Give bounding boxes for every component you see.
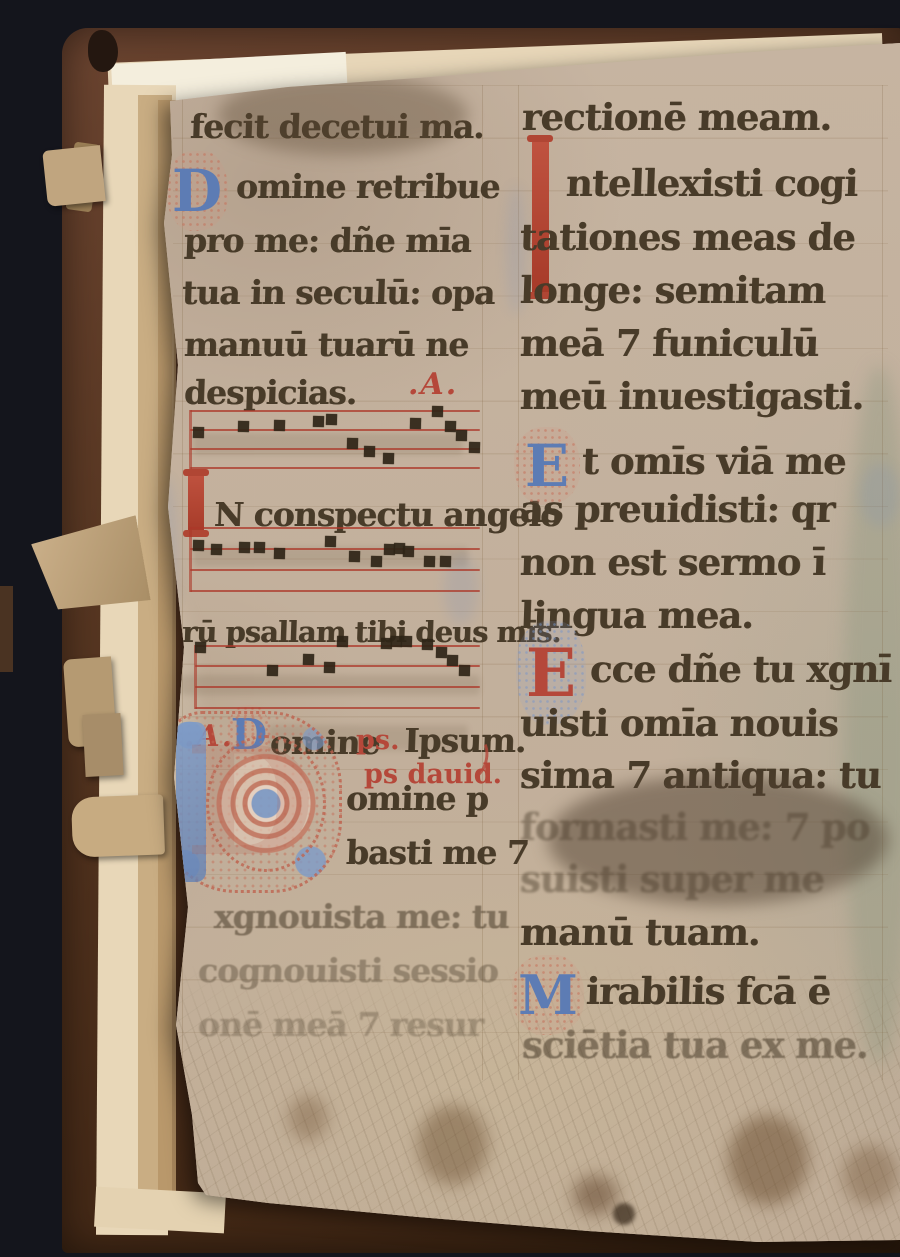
illuminated-initial-d: D	[166, 151, 228, 231]
text-line: onē meā 7 resur	[197, 1005, 483, 1044]
text-line: meā 7 funiculū	[519, 321, 819, 365]
text-line: basti me 7	[345, 833, 529, 872]
text-line: omine p	[345, 779, 488, 818]
illuminated-initial-i: I	[188, 471, 204, 535]
text-line: longe: semitam	[519, 268, 826, 312]
ghost-text	[193, 547, 468, 567]
text-line: irabilis fcā ē	[585, 969, 831, 1013]
antiphon-mark: .A.	[408, 367, 458, 402]
text-line: manuū tuarū ne	[183, 325, 469, 364]
text-line: as preuidisti: qr	[519, 487, 835, 531]
text-line: rū psallam tibi deus mīs.	[181, 615, 561, 649]
manuscript-page: fecit decetui ma. D omine retribue pro m…	[118, 35, 900, 1250]
text-line: xgnouista me: tu	[213, 897, 509, 936]
text-line: tua in seculū: opa	[181, 273, 495, 312]
text-line: ntellexisti cogi	[565, 161, 858, 205]
brown-spot	[418, 1105, 488, 1185]
dark-spot	[613, 1203, 635, 1225]
brown-spot	[288, 1095, 328, 1141]
illuminated-initial-big-d: D	[158, 711, 342, 893]
text-line: tationes meas de	[519, 215, 855, 259]
column-guide	[182, 85, 183, 1080]
ghost-text	[193, 433, 463, 455]
text-line: pro me: dñe mīa	[183, 221, 471, 260]
text-line: meū inuestigasti.	[519, 374, 864, 418]
text-line: t omīs viā me	[581, 439, 846, 483]
manuscript-photo: fecit decetui ma. D omine retribue pro m…	[0, 0, 900, 1257]
text-line: uisti omīa nouis	[519, 701, 838, 745]
blue-show-through	[152, 477, 178, 627]
text-line: omine retribue	[235, 167, 500, 206]
index-tab	[42, 145, 106, 207]
blue-show-through	[860, 463, 900, 527]
ink-smudge	[548, 775, 888, 905]
text-line: despicias.	[183, 373, 357, 412]
column-guide	[882, 85, 883, 1080]
ink-smudge	[218, 75, 468, 155]
background-book-spine	[0, 586, 13, 672]
text-line: sciētia tua ex me.	[521, 1023, 868, 1067]
text-line: manū tuam.	[519, 910, 760, 954]
brown-spot	[573, 1175, 618, 1215]
brown-spot	[728, 1115, 808, 1205]
initial-letter: D	[158, 711, 342, 893]
binding-knot	[88, 30, 118, 72]
brown-spot	[843, 1145, 898, 1205]
text-line: non est sermo ī	[519, 540, 826, 584]
text-line: N conspectu angelo	[213, 495, 562, 534]
text-line: cce dñe tu xgnī	[589, 647, 892, 691]
ghost-text	[180, 675, 480, 695]
text-line: rectionē meam.	[521, 95, 832, 139]
rubric-red: ps.	[356, 725, 399, 756]
text-line: cognouisti sessio	[197, 951, 498, 990]
